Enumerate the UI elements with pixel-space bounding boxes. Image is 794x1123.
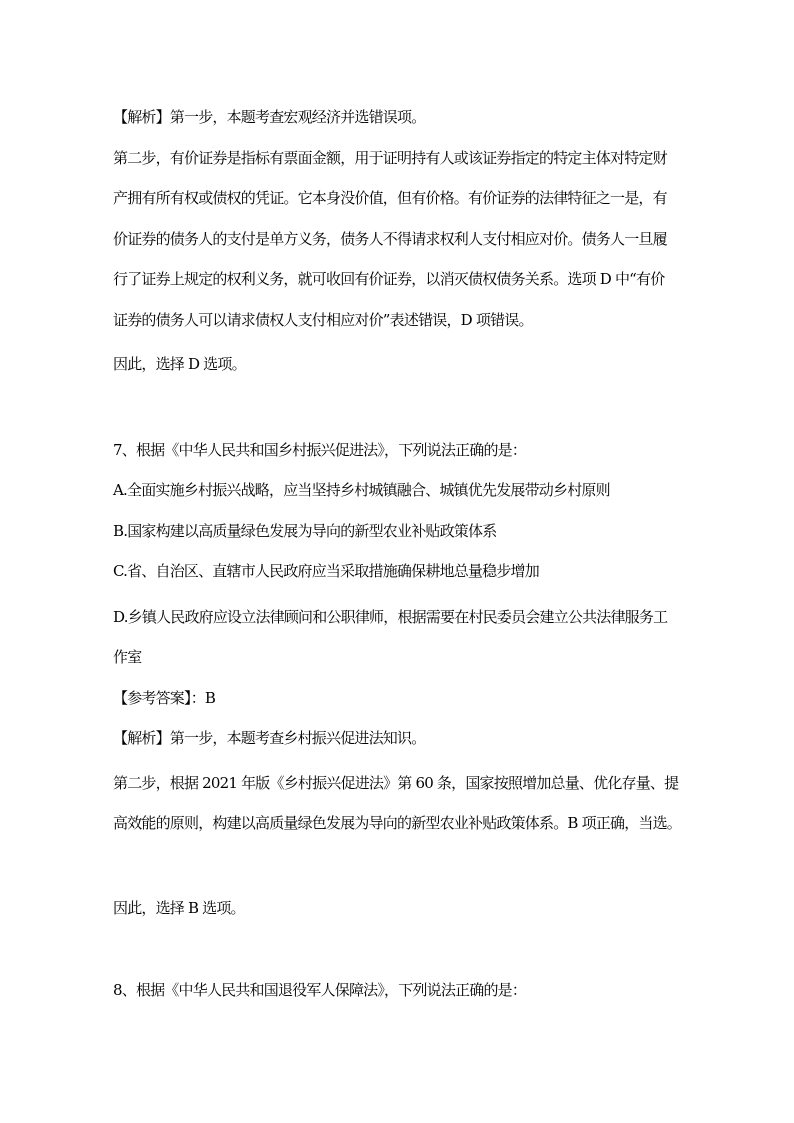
document-page: 【解析】第一步，本题考查宏观经济并选错误项。 第二步，有价证券是指标有票面金额，… bbox=[0, 0, 794, 1123]
q6-analysis-step2-line-2: 产拥有所有权或债权的凭证。它本身没价值，但有价格。有价证券的法律特征之一是，有 bbox=[113, 178, 674, 219]
q6-analysis-step2-line-1: 第二步，有价证券是指标有票面金额，用于证明持有人或该证券指定的特定主体对特定财 bbox=[113, 138, 674, 179]
q6-analysis-step1: 【解析】第一步，本题考查宏观经济并选错误项。 bbox=[113, 97, 674, 138]
q7-analysis-step2-line-2: 高效能的原则，构建以高质量绿色发展为导向的新型农业补贴政策体系。B 项正确，当选… bbox=[113, 803, 674, 844]
q7-option-d-line-1: D.乡镇人民政府应设立法律顾问和公职律师，根据需要在村民委员会建立公共法律服务工 bbox=[113, 597, 674, 638]
q7-option-a: A.全面实施乡村振兴战略，应当坚持乡村城镇融合、城镇优先发展带动乡村原则 bbox=[113, 470, 674, 511]
q6-analysis-step2-line-4: 行了证券上规定的权利义务，就可收回有价证券，以消灭债权债务关系。选项 D 中“有… bbox=[113, 259, 674, 300]
q7-analysis-step1: 【解析】第一步，本题考查乡村振兴促进法知识。 bbox=[113, 718, 674, 759]
q6-conclusion: 因此，选择 D 选项。 bbox=[113, 344, 674, 385]
q7-reference-answer: 【参考答案】：B bbox=[113, 678, 674, 719]
q8-stem: 8、根据《中华人民共和国退役军人保障法》，下列说法正确的是： bbox=[113, 970, 674, 1011]
q7-conclusion: 因此，选择 B 选项。 bbox=[113, 888, 674, 929]
q7-option-c: C.省、自治区、直辖市人民政府应当采取措施确保耕地总量稳步增加 bbox=[113, 551, 674, 592]
q6-analysis-step2-line-3: 价证券的债务人的支付是单方义务，债务人不得请求权利人支付相应对价。债务人一旦履 bbox=[113, 219, 674, 260]
q7-stem: 7、根据《中华人民共和国乡村振兴促进法》，下列说法正确的是： bbox=[113, 430, 674, 471]
q7-option-b: B.国家构建以高质量绿色发展为导向的新型农业补贴政策体系 bbox=[113, 511, 674, 552]
q6-analysis-step2-line-5: 证券的债务人可以请求债权人支付相应对价”表述错误，D 项错误。 bbox=[113, 300, 674, 341]
q7-analysis-step2-line-1: 第二步，根据 2021 年版《乡村振兴促进法》第 60 条，国家按照增加总量、优… bbox=[113, 763, 674, 804]
q7-option-d-line-2: 作室 bbox=[113, 637, 674, 678]
